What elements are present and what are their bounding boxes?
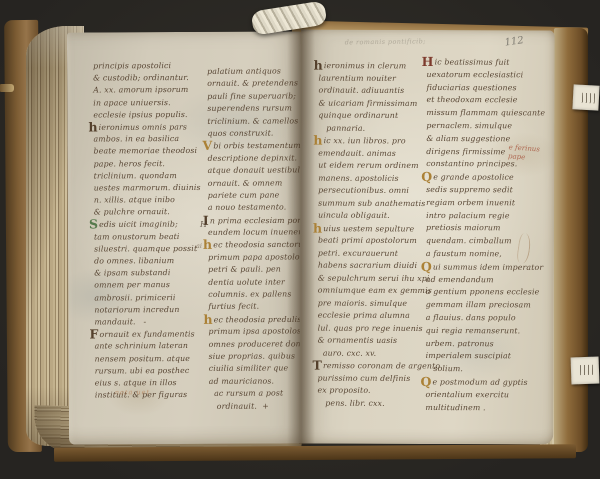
manuscript-line: ordinauit. adiuuantis	[318, 85, 428, 98]
manuscript-line: hieronimus in clerum	[319, 60, 429, 73]
manuscript-line: pannaria.	[318, 122, 428, 135]
right-page: hieronimus in clerumlaurentium nouiteror…	[299, 30, 554, 445]
illuminated-initial: H	[422, 54, 434, 69]
illuminated-initial: h	[88, 119, 97, 134]
index-tab-top	[572, 84, 599, 110]
manuscript-line: nensem positum. atque	[95, 352, 205, 365]
manuscript-line: a flauius. dans populo	[426, 312, 536, 325]
manuscript-line: omnem per manus	[94, 279, 204, 292]
manuscript-line: hieronimus omnis pars	[93, 121, 203, 134]
manuscript-line: imperialem suscipiat	[426, 350, 536, 363]
manuscript-line: pape. heros fecit.	[94, 157, 204, 170]
faint-top-inscription: de romanis pontificib;	[345, 37, 426, 46]
manuscript-line: intro palacium regie	[426, 210, 536, 223]
manuscript-line: notariorum incredun	[94, 304, 204, 317]
manuscript-line: tam onustorum beati	[94, 231, 204, 244]
manuscript-line: urbem. patronus	[426, 338, 536, 351]
illuminated-initial: T	[313, 358, 323, 373]
manuscript-line: regiam orbem inuenit	[426, 197, 536, 210]
manuscript-line: uincula obligauit.	[318, 210, 428, 223]
illuminated-initial: h	[314, 58, 323, 73]
manuscript-line: ante schrinium lateran	[95, 340, 205, 353]
manuscript-line: omniumque eam ex gemmis	[318, 285, 428, 298]
manuscript-line: Fornauit ex fundamentis	[94, 328, 204, 341]
manuscript-line: manens. apostolicis	[318, 172, 428, 185]
illuminated-initial: I	[203, 213, 209, 228]
manuscript-line: ut eidem rerum ordinem	[318, 160, 428, 173]
manuscript-line: gemmam illam preciosam	[426, 299, 536, 312]
manuscript-line: et theodoxam ecclesie	[426, 94, 536, 107]
manuscript-line: ad emendandum	[426, 274, 536, 287]
manuscript-line: ambrosii. primicerii	[94, 291, 204, 304]
manuscript-line: summum sub anathematis	[318, 197, 428, 210]
manuscript-line: principis apostolici	[93, 60, 203, 73]
manuscript-line: rursum. ubi ea posthec	[95, 365, 205, 378]
manuscript-line: qui regia remanserunt.	[426, 325, 536, 338]
illuminated-initial: h	[313, 220, 322, 235]
manuscript-line: habens sacrarium diuidi	[318, 260, 428, 273]
manuscript-line: multitudinem .	[425, 402, 535, 415]
text-column-1: principis apostolici& custodib; ordinant…	[93, 60, 205, 402]
manuscript-photo: principis apostolici& custodib; ordinant…	[0, 0, 600, 479]
manuscript-line: pretiosis maiorum	[426, 222, 536, 235]
manuscript-line: constantino principes.	[426, 158, 536, 171]
manuscript-line: eius s. atque in illos	[95, 377, 205, 390]
index-tab-bottom	[571, 357, 600, 385]
manuscript-line: missum flammam quiescante	[426, 107, 536, 120]
manuscript-line: ecclesie ipsius populis.	[93, 109, 203, 122]
manuscript-line: dirigens firmissime	[426, 146, 536, 159]
manuscript-line: & sepulchrum serui ihu xpi	[318, 272, 428, 285]
illuminated-initial: Q	[421, 259, 432, 274]
manuscript-line: triclinium. quondam	[94, 170, 204, 183]
manuscript-line: quinque ordinarunt	[318, 110, 428, 123]
manuscript-line: & pulchre ornauit.	[94, 206, 204, 219]
manuscript-line: hic xx. iun libros. pro	[318, 135, 428, 148]
manuscript-line: laurentium nouiter	[319, 72, 429, 85]
left-page: principis apostolici& custodib; ordinant…	[67, 31, 303, 444]
illuminated-initial: Q	[420, 374, 431, 389]
illuminated-initial: h	[203, 312, 212, 327]
manuscript-line: & custodib; ordinantur.	[93, 72, 203, 85]
book-bottom-board-edge	[54, 444, 576, 462]
folio-number: 112	[504, 35, 524, 48]
manuscript-line: sedis suppremo sedit	[426, 184, 536, 197]
manuscript-line: & uicariam firmissimam	[318, 97, 428, 110]
manuscript-line: uexatorum ecclesiastici	[427, 69, 537, 82]
manuscript-line: emendauit. animas	[318, 147, 428, 160]
manuscript-line: ambos. in ea basilica	[93, 133, 203, 146]
manuscript-line: purissimo cum delfinis	[317, 372, 427, 385]
manuscript-line: uestes marmorum. diuinis	[94, 182, 204, 195]
manuscript-line: ex proposito.	[317, 385, 427, 398]
manuscript-line: persecutionibus. omni	[318, 185, 428, 198]
manuscript-line: Qe postmodum ad gyptis	[425, 376, 535, 389]
manuscript-line: n. xillis. atque inibo	[94, 194, 204, 207]
manuscript-line: & ipsam substandi	[94, 267, 204, 280]
manuscript-line: A. xx. amorum ipsorum	[93, 84, 203, 97]
manuscript-line: Hic beatissimus fuit	[427, 56, 537, 69]
manuscript-line: beate memoriae theodosi	[94, 145, 204, 158]
manuscript-line: & ornamentis uasis	[318, 335, 428, 348]
illuminated-initial: h	[313, 133, 322, 148]
illuminated-initial: F	[89, 327, 98, 342]
manuscript-line: Qe grande apostolice	[426, 171, 536, 184]
text-column-3: hieronimus in clerumlaurentium nouiteror…	[317, 60, 428, 410]
manuscript-line: beati primi apostolorum	[318, 235, 428, 248]
illuminated-initial: S	[89, 217, 98, 232]
manuscript-line: auro. cxc. xv.	[318, 347, 428, 360]
manuscript-line: & aliam suggestione	[426, 133, 536, 146]
illuminated-initial: Q	[421, 169, 432, 184]
manuscript-line: huius uestem sepulture	[318, 222, 428, 235]
manuscript-line: lul. quas pro rege inuenis	[318, 322, 428, 335]
manuscript-line: pernaclem. simulque	[426, 120, 536, 133]
illuminated-initial: V	[202, 138, 212, 153]
manuscript-line: Tremisso coronam de argento	[318, 360, 428, 373]
manuscript-line: fiduciarias questiones	[426, 82, 536, 95]
book-clasp	[0, 84, 14, 92]
manuscript-line: Sedis uicit imaginib;	[94, 218, 204, 231]
illuminated-initial: h	[203, 237, 212, 252]
manuscript-line: pre maioris. simulque	[318, 297, 428, 310]
manuscript-line: siluestri. quamque possit	[94, 243, 204, 256]
manuscript-line: instituit. & per figuras	[95, 389, 205, 402]
manuscript-line: ecclesie prima alumna	[318, 310, 428, 323]
manuscript-line: orientalium exercitu	[425, 389, 535, 402]
manuscript-line: a gentium pponens ecclesie	[426, 286, 536, 299]
manuscript-line: solium.	[426, 363, 536, 376]
manuscript-line: petri. excurauerunt	[318, 247, 428, 260]
manuscript-line: do omnes. libanium	[94, 255, 204, 268]
manuscript-line: mandauit. -	[94, 316, 204, 329]
manuscript-line: pens. libr. cxx.	[317, 397, 427, 410]
manuscript-line: in apace uniuersis.	[93, 96, 203, 109]
